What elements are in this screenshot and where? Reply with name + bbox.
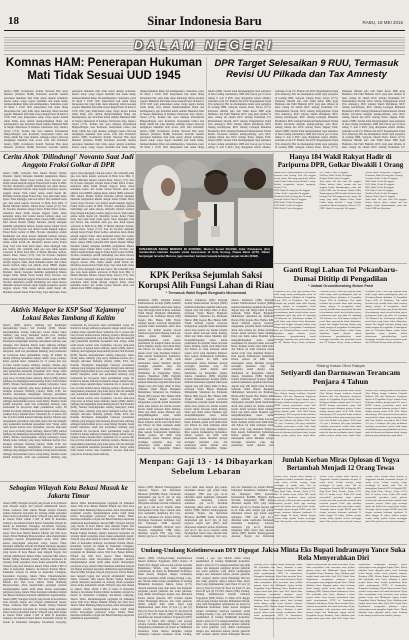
- article-body-hanya184: Jakarta (SIB): Rapat paripurna DPR kemba…: [274, 172, 407, 261]
- headline-aktivis: Aktivis Melapor ke KSP Soal 'Kejamnya' L…: [3, 307, 134, 323]
- headline-komnas: Komnas HAM: Penerapan Hukuman Mati Tidak…: [4, 57, 204, 83]
- header-rule: [4, 30, 405, 31]
- article-body-ahok: Jakarta (SIB): Gubernur DKI Jakarta Basu…: [3, 172, 134, 303]
- article-body-menpan: Jakarta (SIB): Menteri Pendayagunaan Apa…: [138, 486, 274, 542]
- headline-kpk: KPK Periksa Sejumlah Saksi Korupsi Alih …: [137, 270, 275, 290]
- headline-jaksa: Jaksa Minta Eks Bupati Indramayu Yance S…: [260, 546, 407, 562]
- headline-diy: Undang-Undang Keistimewaan DIY Digugat: [137, 547, 263, 554]
- subhead-gantirugi: * Jadwal Groundbreaking Belum Pasti: [274, 284, 407, 288]
- article-body-aktivis: Jakarta (SIB): Aktivis tambang dan lingk…: [3, 324, 134, 479]
- headline-gantirugi: Ganti Rugi Lahan Tol Pekanbaru-Dumai Dit…: [274, 266, 407, 284]
- divider: [274, 362, 407, 363]
- headline-dpr: DPR Target Selesaikan 9 RUU, Termasuk Re…: [208, 58, 405, 80]
- article-body-dpr: Jakarta (SIB): Setelah tidak melangsungk…: [208, 90, 405, 150]
- article-body-miras: Sleman (SIB): Korban miras oplosan di Yo…: [274, 476, 407, 538]
- subhead-kpk: * Termasuk Wakil Bupati Bengkalis Muhamm…: [137, 291, 275, 295]
- headline-bekasi: Sebagian Wilayah Kota Bekasi Masuk ke Ja…: [3, 484, 134, 500]
- divider: [0, 481, 135, 482]
- headline-obor: Setiyardi dan Darmawan Terancam Penjara …: [274, 369, 407, 387]
- masthead: Sinar Indonesia Baru: [0, 15, 409, 28]
- divider: [0, 304, 135, 305]
- headline-menpan: Menpan: Gaji 13 - 14 Dibayarkan Sebelum …: [137, 457, 275, 476]
- divider: [137, 544, 407, 545]
- headline-ahok: Cerita Ahok 'Dilindungi' Novanto Saat Ja…: [3, 153, 134, 169]
- article-body-obor: Jakarta (SIB): Sidang perdana kasus tabl…: [274, 390, 407, 454]
- article-body-bekasi: Jakarta (SIB): Sebagian wilayah yang ber…: [3, 502, 134, 638]
- news-photo: [136, 154, 273, 246]
- article-body-jaksa: Bandung (SIB): Mantan Bupati Indramayu I…: [254, 564, 407, 638]
- divider: [206, 57, 207, 149]
- banner-rule: [4, 54, 405, 55]
- article-body-kpk: Pekanbaru (SIB): Penyidik Komisi Pembera…: [138, 299, 274, 452]
- divider: [137, 454, 409, 455]
- article-body-komnas: Jakarta (SIB): Komisioner Komisi Nasiona…: [4, 90, 204, 150]
- divider: [274, 263, 407, 264]
- divider: [0, 151, 409, 152]
- edition-date: RABU, 18 MEI 2016: [362, 20, 403, 25]
- section-banner: DALAM NEGERI: [4, 37, 405, 52]
- article-body-diy: Jakarta (SIB): Undang-Undang Keistimewaa…: [138, 557, 250, 638]
- headline-miras: Jumlah Korban Miras Oplosan di Yogya Ber…: [274, 457, 407, 473]
- headline-hanya184: Hanya 184 Wakil Rakyat Hadir di Paripurn…: [274, 153, 407, 169]
- photo-caption: KUNJUNGAN KERJA MENSOS DI SORONG: Menter…: [136, 246, 273, 268]
- article-body-gantirugi: Pekanbaru (SIB): Ganti rugi sejumlah lah…: [274, 291, 407, 360]
- newspaper-page: 18 Sinar Indonesia Baru RABU, 18 MEI 201…: [0, 0, 409, 640]
- news-photo-image: [136, 154, 273, 246]
- section-title: DALAM NEGERI: [134, 39, 275, 51]
